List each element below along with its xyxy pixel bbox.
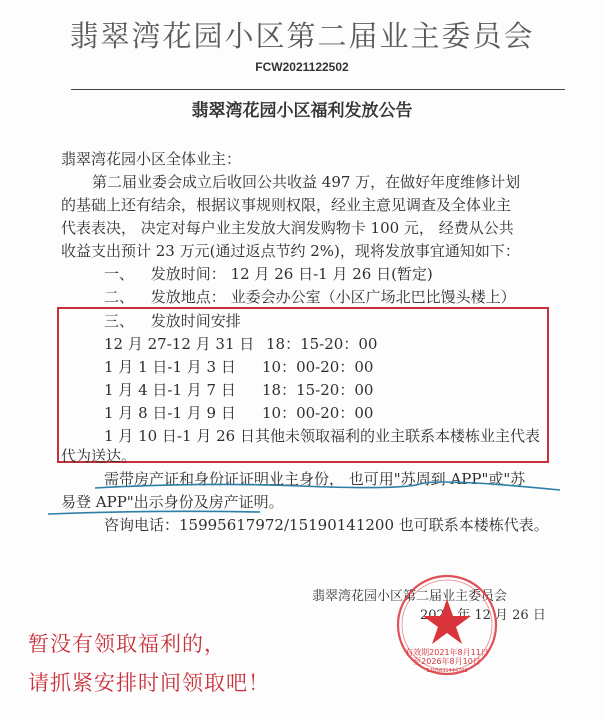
item-value: 业委会办公室（小区广场北巴比馒头楼上） <box>231 288 516 306</box>
schedule-dates: 12 月 27-12 月 31 日 <box>104 333 266 354</box>
schedule-row: 1 月 1 日-1 月 3 日10：00-20：00 <box>104 356 373 377</box>
salutation: 翡翠湾花园小区全体业主： <box>61 148 241 169</box>
notice-title: 翡翠湾花园小区福利发放公告 <box>0 96 604 121</box>
schedule-note-cont: 代为送达。 <box>61 445 136 466</box>
paragraph-line: 代表表决， 决定对每户业主发放大润发购物卡 100 元， 经费从公共 <box>61 217 514 238</box>
item-label: 发放时间： <box>151 265 226 283</box>
paragraph-line: 的基础上还有结余，根据议事规则权限，经业主意见调查及全体业主 <box>61 194 511 215</box>
schedule-dates: 1 月 8 日-1 月 9 日 <box>104 402 262 423</box>
star-icon <box>423 599 471 644</box>
reminder-line-1: 暂没有领取福利的， <box>28 628 226 658</box>
item-time: 一、 发放时间： 12 月 26 日-1 月 26 日(暂定) <box>104 263 433 284</box>
schedule-row: 1 月 8 日-1 月 9 日10：00-20：00 <box>104 402 373 423</box>
item-location: 二、 发放地点： 业委会办公室（小区广场北巴比馒头楼上） <box>104 286 516 307</box>
item-number: 二、 <box>104 288 134 306</box>
svg-text:有效期2021年8月11日: 有效期2021年8月11日 <box>405 647 489 657</box>
schedule-row: 1 月 4 日-1 月 7 日18：15-20：00 <box>104 379 373 400</box>
item-number: 一、 <box>104 265 134 283</box>
schedule-time: 10：00-20：00 <box>262 358 373 376</box>
schedule-note: 1 月 10 日-1 月 26 日其他未领取福利的业主联系本楼栋业主代表 <box>104 425 540 446</box>
svg-text:1205831444701: 1205831444701 <box>426 668 467 674</box>
organization-title: 翡翠湾花园小区第二届业主委员会 <box>0 14 604 55</box>
item-label: 发放地点： <box>151 288 226 306</box>
svg-text:至2026年8月10日: 至2026年8月10日 <box>413 656 481 666</box>
item-number: 三、 <box>104 312 134 330</box>
item-label: 发放时间安排 <box>151 312 241 330</box>
schedule-dates: 1 月 4 日-1 月 7 日 <box>104 379 262 400</box>
paragraph-line: 第二届业委会成立后收回公共收益 497 万，在做好年度维修计划 <box>92 171 520 192</box>
header-divider <box>71 89 565 90</box>
schedule-dates: 1 月 1 日-1 月 3 日 <box>104 356 262 377</box>
schedule-time: 18：15-20：00 <box>266 335 377 353</box>
official-seal: 有效期2021年8月11日 至2026年8月10日 1205831444701 <box>395 573 499 677</box>
schedule-row: 12 月 27-12 月 31 日18：15-20：00 <box>104 333 377 354</box>
schedule-time: 18：15-20：00 <box>262 381 373 399</box>
schedule-time: 10：00-20：00 <box>262 404 373 422</box>
item-schedule: 三、 发放时间安排 <box>104 310 241 331</box>
paragraph-line: 收益支出预计 23 万元(通过返点节约 2%)，现将发放事宜通知如下： <box>61 240 520 261</box>
document-number: FCW2021122502 <box>0 60 604 74</box>
item-value: 12 月 26 日-1 月 26 日(暂定) <box>231 265 433 283</box>
reminder-line-2: 请抓紧安排时间领取吧！ <box>28 667 270 697</box>
contact-info: 咨询电话：15995617972/15190141200 也可联系本楼栋代表。 <box>104 514 549 535</box>
